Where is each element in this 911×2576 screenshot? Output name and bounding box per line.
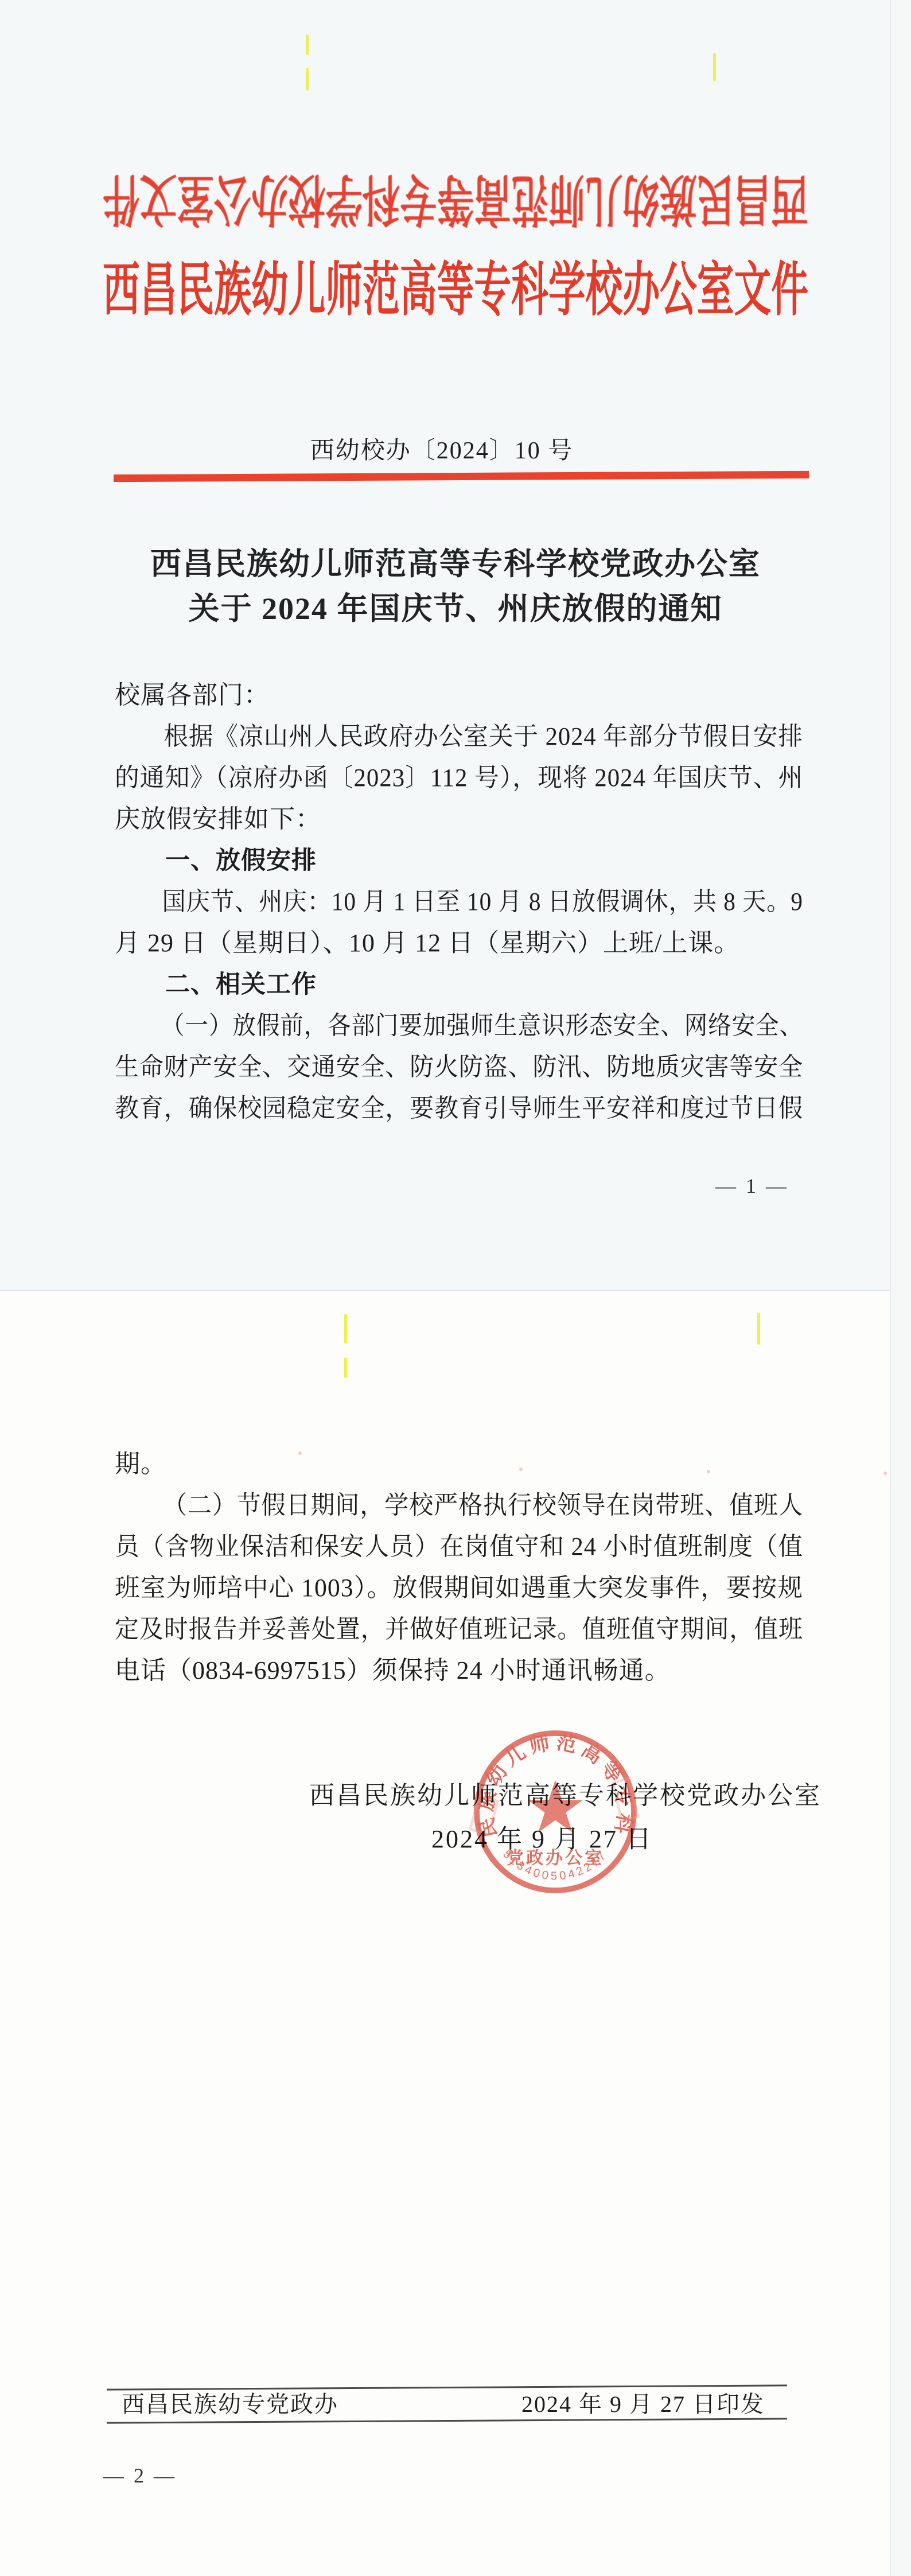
body-line: 生命财产安全、交通安全、防火防盗、防汛、防地质灾害等安全	[115, 1046, 770, 1088]
seal-star-icon	[528, 1780, 583, 1832]
scan-artifact	[306, 68, 309, 91]
page1-body: 校属各部门：根据《凉山州人民政府办公室关于 2024 年部分节假日安排的通知》（…	[115, 675, 803, 1129]
document-number: 西幼校办〔2024〕10 号	[0, 431, 883, 466]
page-number-1: — 1 —	[715, 1174, 789, 1198]
body-line: 校属各部门：	[115, 675, 803, 716]
body-line: 员（含物业保洁和保安人员）在岗值守和 24 小时值班制度（值	[115, 1526, 781, 1567]
page-1: 西昌民族幼儿师范高等专科学校办公室文件 西昌民族幼儿师范高等专科学校办公室文件 …	[0, 0, 911, 1291]
body-line: 电话（0834-6997515）须保持 24 小时通讯畅通。	[115, 1650, 803, 1691]
body-line: 的通知》（凉府办函〔2023〕112 号），现将 2024 年国庆节、州	[115, 757, 785, 799]
body-line: 教育，确保校园稳定安全，要教育引导师生平安祥和度过节日假	[115, 1088, 770, 1129]
document-title-line2: 关于 2024 年国庆节、州庆放假的通知	[0, 584, 911, 628]
scan-artifact	[344, 1314, 347, 1344]
red-header-text: 西昌民族幼儿师范高等专科学校办公室文件	[103, 258, 808, 323]
body-line: 根据《凉山州人民政府办公室关于 2024 年部分节假日安排	[115, 716, 781, 757]
body-line: 国庆节、州庆：10 月 1 日至 10 月 8 日放假调休，共 8 天。9	[115, 881, 760, 923]
official-red-seal: 西昌民族幼儿师范高等专科学校 党政办公室 5134005042277	[458, 1714, 653, 1909]
document-title-line1: 西昌民族幼儿师范高等专科学校党政办公室	[0, 539, 911, 583]
body-line: 期。	[115, 1443, 803, 1485]
body-line: 班室为师培中心 1003）。放假期间如遇重大突发事件，要按规	[115, 1567, 799, 1609]
footer-print-date: 2024 年 9 月 27 日印发	[521, 2390, 765, 2419]
scan-artifact	[883, 1472, 887, 1475]
body-line: 月 29 日（星期日）、10 月 12 日（星期六）上班/上课。	[115, 923, 803, 964]
footer-issuing-office: 西昌民族幼专党政办	[122, 2390, 338, 2419]
page-number-2: — 2 —	[103, 2464, 177, 2488]
mirrored-header-artifact: 西昌民族幼儿师范高等专科学校办公室文件	[100, 162, 811, 240]
scan-artifact	[757, 1313, 760, 1345]
body-line: 一、放假安排	[115, 840, 803, 881]
body-line: 庆放假安排如下：	[115, 799, 803, 840]
body-line: （一）放假前，各部门要加强师生意识形态安全、网络安全、	[115, 1005, 749, 1046]
red-header-banner: 西昌民族幼儿师范高等专科学校办公室文件	[100, 248, 811, 325]
mirrored-header-text: 西昌民族幼儿师范高等专科学校办公室文件	[103, 168, 808, 229]
scan-edge-strip	[891, 0, 911, 2576]
body-line: 二、相关工作	[115, 964, 803, 1005]
page2-body: 期。（二）节假日期间，学校严格执行校领导在岗带班、值班人员（含物业保洁和保安人员…	[115, 1443, 803, 1691]
body-line: 定及时报告并妥善处置，并做好值班记录。值班值守期间，值班	[115, 1609, 770, 1650]
body-line: （二）节假日期间，学校严格执行校领导在岗带班、值班人	[115, 1485, 772, 1526]
scan-artifact	[713, 53, 716, 81]
red-divider-rule	[114, 471, 809, 482]
scan-edge-line	[890, 0, 891, 2576]
scan-artifact	[306, 34, 309, 55]
scanned-document: 西昌民族幼儿师范高等专科学校办公室文件 西昌民族幼儿师范高等专科学校办公室文件 …	[0, 0, 911, 2576]
scan-artifact	[344, 1357, 347, 1378]
